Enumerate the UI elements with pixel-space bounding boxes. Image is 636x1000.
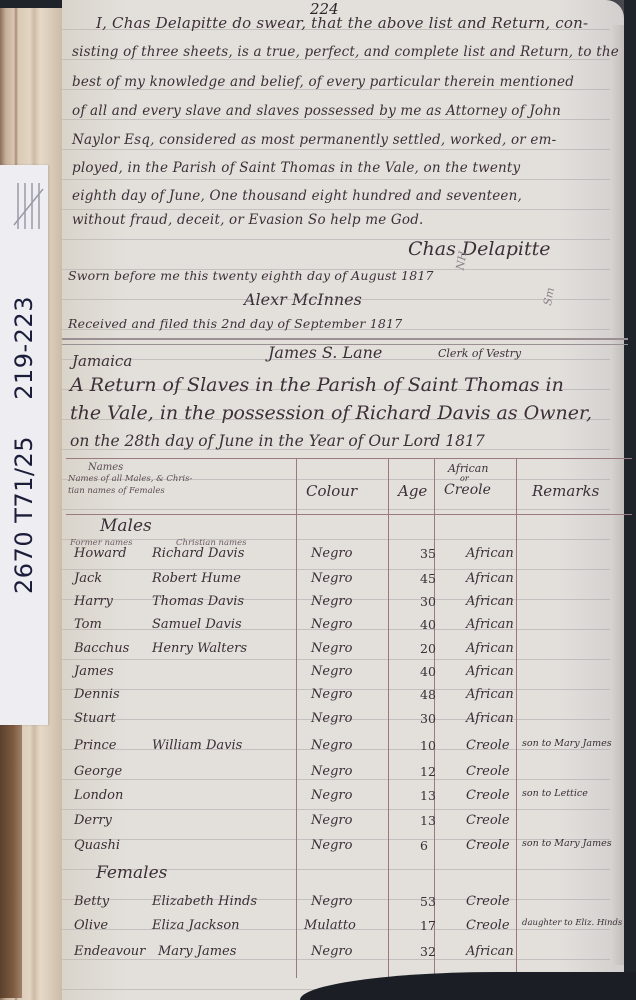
colour: Negro — [311, 571, 352, 586]
origin: African — [466, 664, 514, 679]
oath-line: Naylor Esq, considered as most permanent… — [72, 132, 556, 148]
remarks: daughter to Eliz. Hinds — [522, 918, 622, 928]
age: 45 — [420, 571, 436, 586]
oath-line: best of my knowledge and belief, of ever… — [72, 74, 574, 90]
colour: Negro — [311, 594, 352, 609]
age: 48 — [420, 687, 436, 702]
origin: African — [466, 571, 514, 586]
age: 20 — [420, 641, 436, 656]
former-name: Howard — [74, 546, 127, 561]
magistrate-signature: Alexr McInnes — [244, 290, 362, 309]
christian-name: Henry Walters — [152, 641, 247, 656]
header-remarks: Remarks — [532, 482, 599, 500]
sworn-line: Sworn before me this twenty eighth day o… — [68, 268, 434, 283]
return-title-line: A Return of Slaves in the Parish of Sain… — [70, 374, 564, 396]
colour: Negro — [311, 617, 352, 632]
deponent-signature: Chas Delapitte — [408, 238, 551, 260]
remarks: son to Lettice — [522, 788, 588, 799]
origin: African — [466, 617, 514, 632]
age: 30 — [420, 711, 436, 726]
age: 13 — [420, 813, 436, 828]
christian-name: Robert Hume — [152, 571, 241, 586]
colour: Negro — [311, 641, 352, 656]
origin: Creole — [466, 813, 510, 828]
former-name: Endeavour — [74, 944, 145, 959]
archive-pages: 219-223 — [10, 296, 38, 400]
clerk-signature: James S. Lane — [268, 343, 382, 362]
christian-name: Mary James — [158, 944, 236, 959]
origin: African — [466, 546, 514, 561]
former-name: Jack — [74, 571, 102, 586]
males-label: Males — [100, 516, 152, 536]
oath-line: eighth day of June, One thousand eight h… — [72, 188, 522, 204]
former-name: Tom — [74, 617, 102, 632]
females-label: Females — [96, 863, 167, 883]
colour: Negro — [311, 764, 352, 779]
age: 40 — [420, 664, 436, 679]
table-row: Endeavour Mary James Negro 32 African — [66, 944, 632, 974]
origin: African — [466, 641, 514, 656]
age: 32 — [420, 944, 436, 959]
origin: Creole — [466, 838, 510, 853]
archive-reference-tag: 2670 T71/25 219-223 — [0, 165, 48, 725]
age: 30 — [420, 594, 436, 609]
age: 35 — [420, 546, 436, 561]
colour: Negro — [311, 894, 352, 909]
former-name: Quashi — [74, 838, 120, 853]
received-line: Received and filed this 2nd day of Septe… — [68, 316, 402, 331]
header-colour: Colour — [306, 482, 357, 500]
former-name: Olive — [74, 918, 108, 933]
former-name: London — [74, 788, 123, 803]
former-name: Stuart — [74, 711, 116, 726]
jurisdiction-label: Jamaica — [72, 352, 132, 370]
former-name: Derry — [74, 813, 112, 828]
former-name: Bacchus — [74, 641, 129, 656]
table-row: Stuart Negro 30 African — [66, 711, 632, 741]
slave-return-table: Names Names of all Males, & Chris- tian … — [66, 458, 632, 978]
christian-name: Samuel Davis — [152, 617, 242, 632]
oath-line: without fraud, deceit, or Evasion So hel… — [72, 212, 424, 228]
age: 12 — [420, 764, 436, 779]
archive-reference: 2670 T71/25 — [10, 436, 38, 594]
former-name: Harry — [74, 594, 113, 609]
age: 10 — [420, 738, 436, 753]
clerk-title: Clerk of Vestry — [438, 347, 521, 360]
colour: Negro — [311, 687, 352, 702]
header-names-subtitle: tian names of Females — [68, 486, 165, 497]
section-divider — [62, 338, 628, 340]
oath-line: sisting of three sheets, is a true, perf… — [72, 44, 619, 60]
origin: African — [466, 944, 514, 959]
christian-name: Eliza Jackson — [152, 918, 240, 933]
age: 17 — [420, 918, 436, 933]
colour: Mulatto — [304, 918, 356, 933]
origin: Creole — [466, 918, 510, 933]
colour: Negro — [311, 788, 352, 803]
colour: Negro — [311, 664, 352, 679]
former-name: George — [74, 764, 122, 779]
colour: Negro — [311, 838, 352, 853]
colour: Negro — [311, 738, 352, 753]
origin: Creole — [466, 738, 510, 753]
return-title-line: on the 28th day of June in the Year of O… — [70, 432, 485, 450]
age: 40 — [420, 617, 436, 632]
origin: Creole — [466, 788, 510, 803]
christian-name: Richard Davis — [152, 546, 244, 561]
origin: African — [466, 687, 514, 702]
header-names-title: Names — [88, 462, 123, 473]
header-bottom-rule — [66, 514, 632, 515]
christian-name: Elizabeth Hinds — [152, 894, 257, 909]
colour: Negro — [311, 813, 352, 828]
archive-reference-text: 2670 T71/25 219-223 — [10, 282, 38, 608]
former-name: Betty — [74, 894, 109, 909]
tally-mark-icon — [12, 175, 46, 235]
origin: African — [466, 594, 514, 609]
origin: Creole — [466, 764, 510, 779]
age: 53 — [420, 894, 436, 909]
oath-line: ployed, in the Parish of Saint Thomas in… — [72, 160, 520, 176]
colour: Negro — [311, 711, 352, 726]
oath-line: I, Chas Delapitte do swear, that the abo… — [96, 14, 588, 32]
header-names-subtitle: Names of all Males, & Chris- — [68, 474, 192, 485]
remarks: son to Mary James — [522, 838, 612, 849]
former-name: Prince — [74, 738, 116, 753]
remarks: son to Mary James — [522, 738, 612, 749]
header-origin-bottom: Creole — [444, 482, 491, 498]
former-name: Dennis — [74, 687, 120, 702]
section-divider — [62, 344, 628, 345]
age: 6 — [420, 838, 428, 853]
former-name: James — [74, 664, 114, 679]
origin: African — [466, 711, 514, 726]
oath-line: of all and every slave and slaves posses… — [72, 103, 561, 119]
colour: Negro — [311, 944, 352, 959]
origin: Creole — [466, 894, 510, 909]
colour: Negro — [311, 546, 352, 561]
christian-name: William Davis — [152, 738, 242, 753]
header-age: Age — [398, 482, 427, 500]
christian-name: Thomas Davis — [152, 594, 244, 609]
age: 13 — [420, 788, 436, 803]
return-title-line: the Vale, in the possession of Richard D… — [70, 402, 592, 424]
table-top-rule — [66, 458, 632, 459]
